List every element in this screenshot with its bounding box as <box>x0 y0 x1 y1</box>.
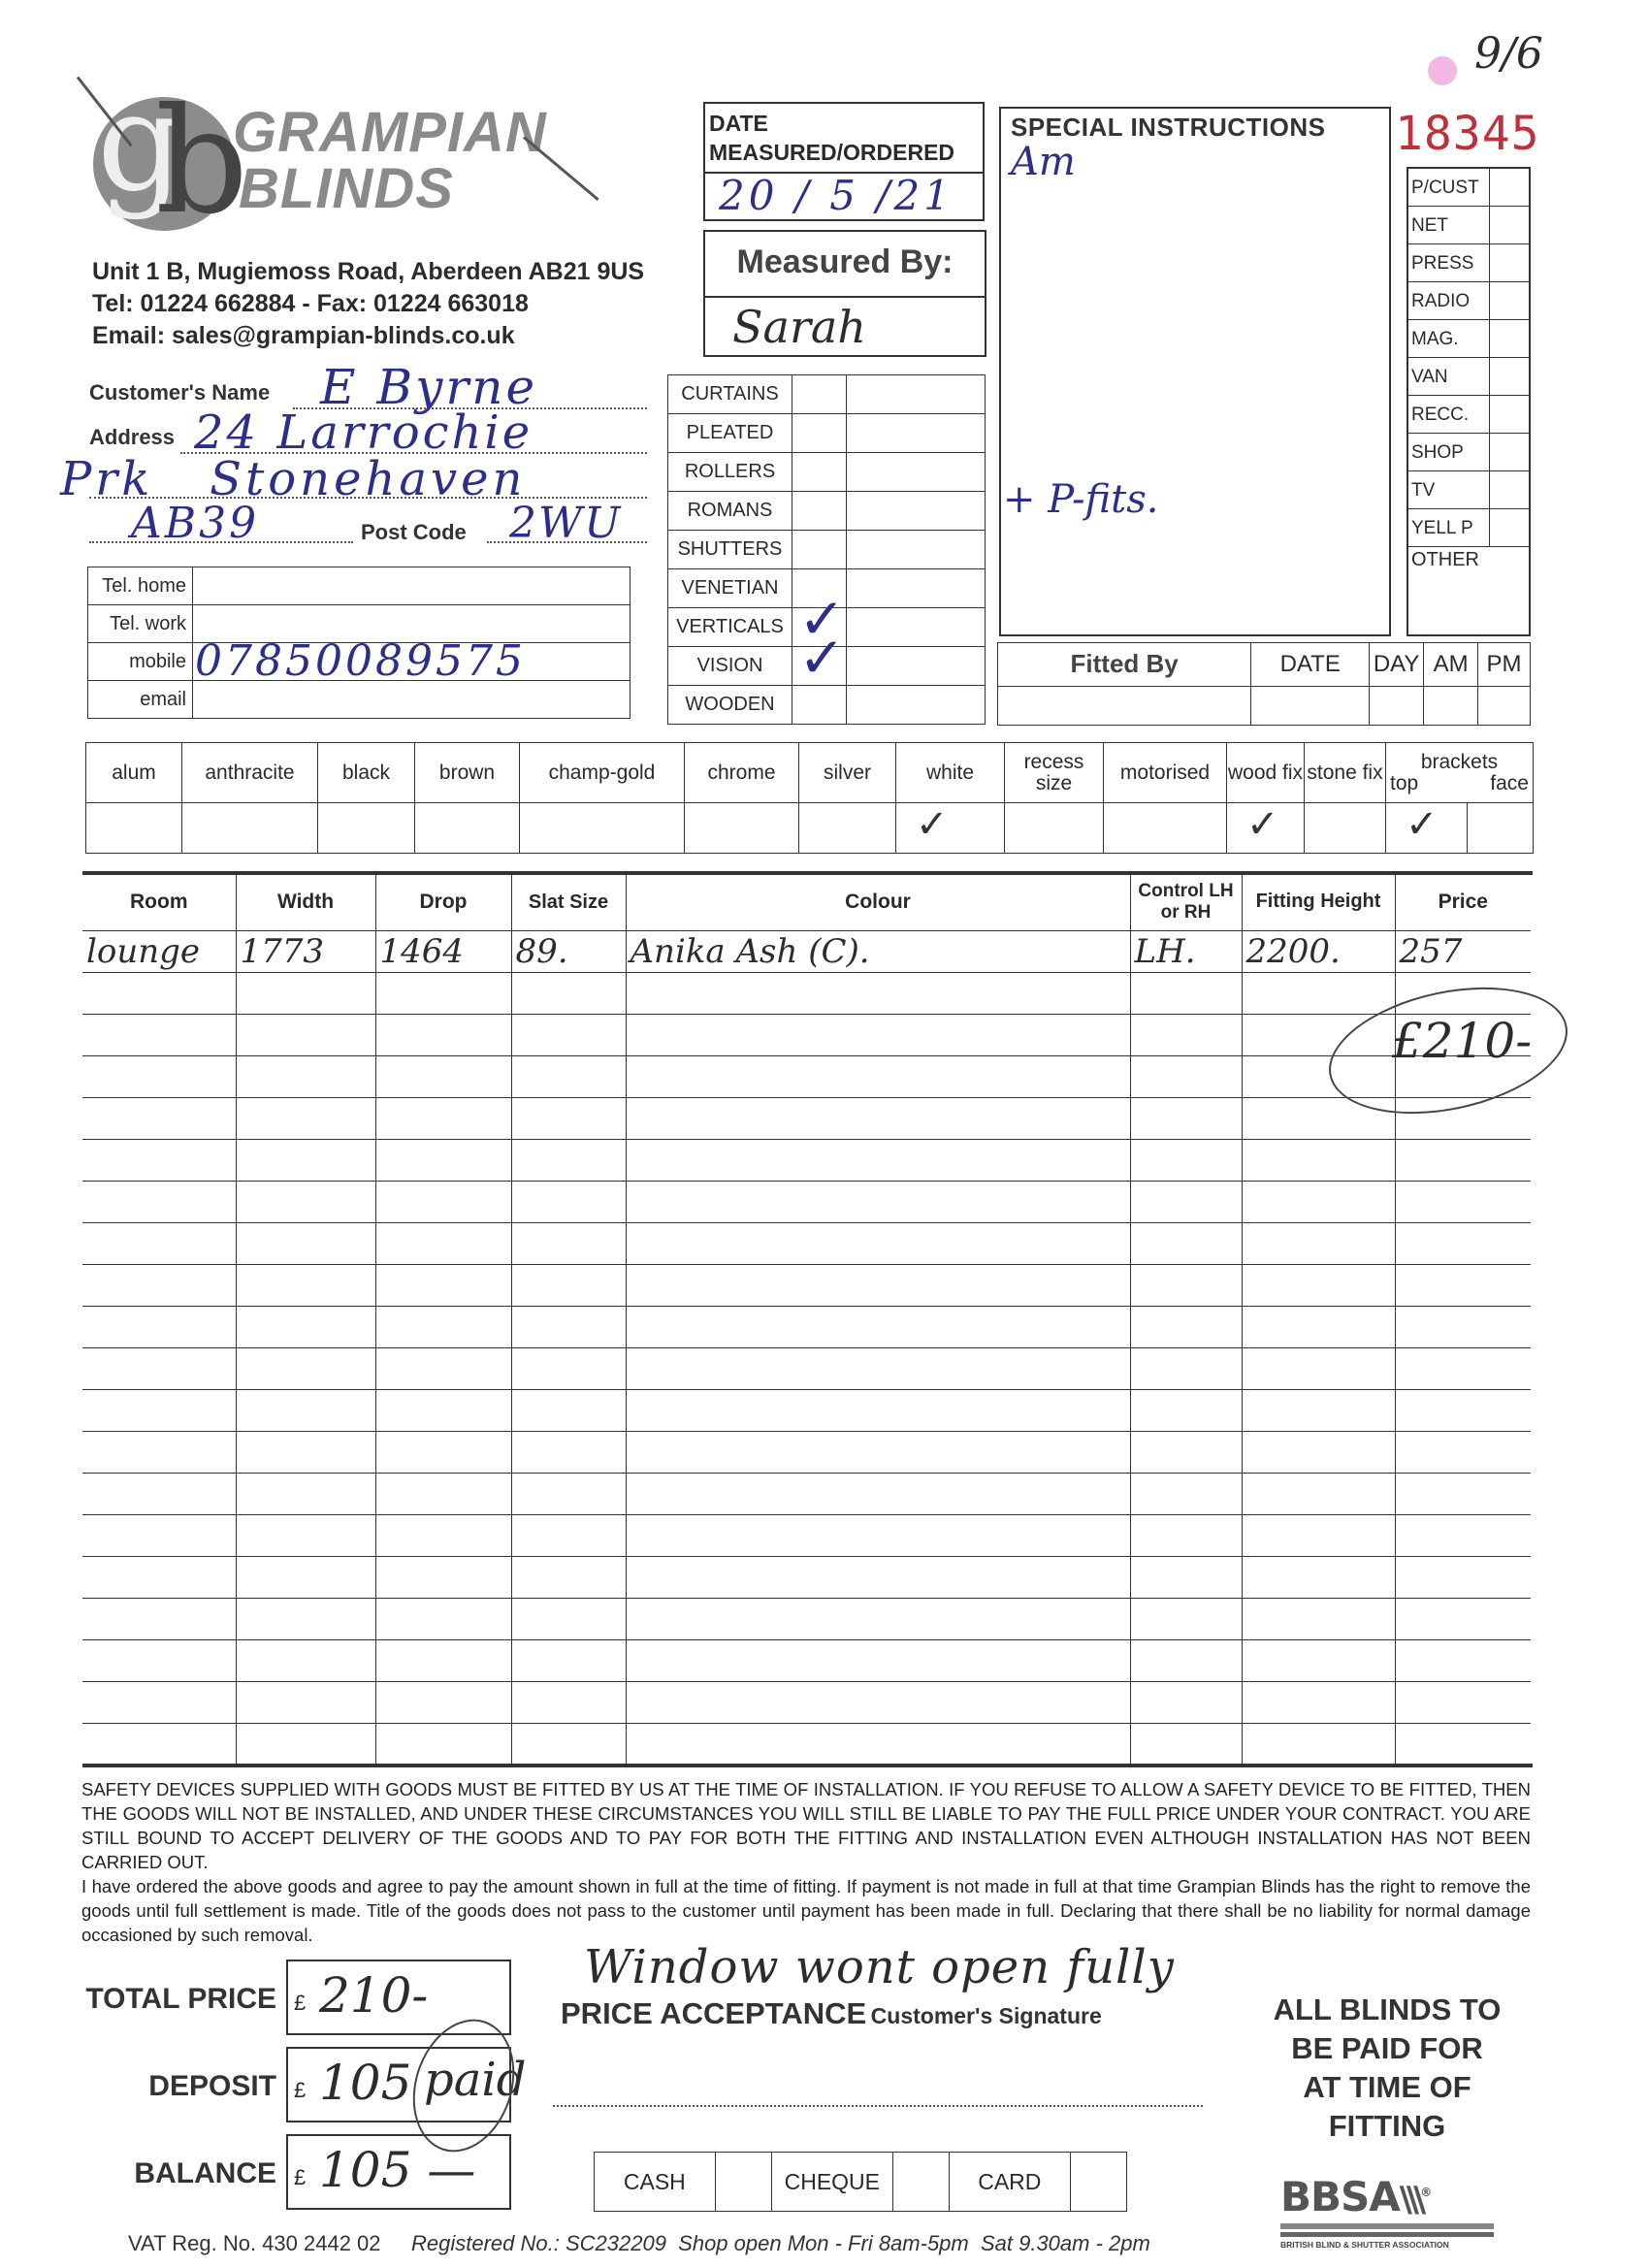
cell-room[interactable] <box>82 1264 236 1306</box>
check-mark-icon: ✓ <box>1406 805 1439 844</box>
cell-width[interactable] <box>236 1723 375 1765</box>
contact-label: email <box>88 681 193 719</box>
cell-control[interactable] <box>1130 1473 1242 1514</box>
source-row: YELL P <box>1408 509 1529 547</box>
cell-colour[interactable] <box>626 1431 1130 1473</box>
cell-room[interactable] <box>82 1222 236 1264</box>
cell-slat-size[interactable] <box>511 1556 626 1598</box>
cell-control[interactable] <box>1130 1598 1242 1639</box>
product-type-notes[interactable] <box>847 608 986 647</box>
cell-room[interactable] <box>82 1389 236 1431</box>
cell-width[interactable] <box>236 972 375 1014</box>
cell-room[interactable] <box>82 1139 236 1181</box>
cell-colour[interactable] <box>626 1598 1130 1639</box>
cell-slat-size[interactable] <box>511 1639 626 1681</box>
cell-control[interactable] <box>1130 1264 1242 1306</box>
source-label: PRESS <box>1408 244 1490 281</box>
cell-slat-size[interactable] <box>511 1097 626 1139</box>
product-type-row: PLEATED <box>668 414 986 453</box>
cell-fitting-height[interactable] <box>1242 1264 1395 1306</box>
customer-handwritten-note: Window wont open fully <box>584 1940 1175 1994</box>
cell-colour[interactable] <box>626 1306 1130 1347</box>
cell-drop[interactable] <box>375 1639 511 1681</box>
contact-table: Tel. homeTel. workmobile07850089575email <box>87 567 630 719</box>
cell-control[interactable] <box>1130 1014 1242 1055</box>
product-type-notes[interactable] <box>847 453 986 492</box>
cell-control[interactable] <box>1130 972 1242 1014</box>
cell-fitting-height[interactable]: 2200. <box>1242 930 1395 972</box>
cell-drop[interactable] <box>375 1097 511 1139</box>
cell-colour[interactable] <box>626 972 1130 1014</box>
cell-room[interactable] <box>82 1306 236 1347</box>
cell-drop[interactable] <box>375 972 511 1014</box>
product-type-notes[interactable] <box>847 531 986 569</box>
cell-fitting-height[interactable] <box>1242 1473 1395 1514</box>
cell-width[interactable] <box>236 1055 375 1097</box>
cell-slat-size[interactable]: 89. <box>511 930 626 972</box>
option-label: recess size <box>1005 743 1104 803</box>
cell-fitting-height[interactable] <box>1242 1681 1395 1723</box>
cell-fitting-height[interactable] <box>1242 1139 1395 1181</box>
source-label: RECC. <box>1408 396 1490 433</box>
cell-room[interactable] <box>82 1556 236 1598</box>
cell-fitting-height[interactable] <box>1242 1181 1395 1222</box>
cell-slat-size[interactable] <box>511 1598 626 1639</box>
product-type-checkbox[interactable] <box>792 375 847 414</box>
product-type-checkbox[interactable] <box>792 531 847 569</box>
balance-label: BALANCE <box>68 2157 276 2190</box>
options-header-row: alumanthraciteblackbrownchamp-goldchrome… <box>86 743 1534 803</box>
product-type-label: WOODEN <box>668 686 792 725</box>
cell-room[interactable] <box>82 1723 236 1765</box>
payment-method-cash-checkbox[interactable] <box>715 2153 771 2212</box>
payment-method-cash-label: CASH <box>595 2153 716 2212</box>
cell-price[interactable] <box>1395 1598 1531 1639</box>
cell-room[interactable] <box>82 1639 236 1681</box>
cell-price[interactable] <box>1395 1139 1531 1181</box>
cell-drop[interactable] <box>375 1431 511 1473</box>
source-label: NET <box>1408 207 1490 243</box>
table-row <box>82 1347 1531 1389</box>
cell-room[interactable] <box>82 1014 236 1055</box>
cell-width[interactable] <box>236 1556 375 1598</box>
payment-method-card-checkbox[interactable] <box>1070 2153 1126 2212</box>
cell-drop[interactable] <box>375 1556 511 1598</box>
cell-width[interactable] <box>236 1097 375 1139</box>
cell-colour[interactable] <box>626 1181 1130 1222</box>
cell-slat-size[interactable] <box>511 1723 626 1765</box>
payment-notice-line1: ALL BLINDS TO <box>1242 1991 1533 2029</box>
cell-control[interactable] <box>1130 1681 1242 1723</box>
option-label: motorised <box>1104 743 1227 803</box>
cell-drop[interactable] <box>375 1347 511 1389</box>
option-label: chrome <box>685 743 799 803</box>
bbsa-stripes-icon: \\\ <box>1400 2180 1420 2219</box>
circled-total: £210- <box>1392 1013 1532 1069</box>
source-checkbox[interactable] <box>1490 509 1529 546</box>
cell-control[interactable] <box>1130 1347 1242 1389</box>
payment-method-cheque-label: CHEQUE <box>771 2153 892 2212</box>
cell-colour[interactable] <box>626 1222 1130 1264</box>
balance-value: 105 — <box>319 2142 475 2198</box>
cell-fitting-height[interactable] <box>1242 1723 1395 1765</box>
company-address: Unit 1 B, Mugiemoss Road, Aberdeen AB21 … <box>92 258 644 286</box>
source-other-label: OTHER <box>1408 547 1529 571</box>
cell-control[interactable] <box>1130 1556 1242 1598</box>
fitted-day-input[interactable] <box>1370 686 1424 725</box>
product-type-notes[interactable] <box>847 686 986 725</box>
product-type-notes[interactable] <box>847 414 986 453</box>
source-checkbox[interactable] <box>1490 396 1529 433</box>
fitted-by-input[interactable] <box>998 686 1251 725</box>
cell-room[interactable] <box>82 1473 236 1514</box>
cell-price[interactable] <box>1395 1222 1531 1264</box>
bbsa-letters: BBSA <box>1280 2173 1400 2220</box>
cell-room[interactable] <box>82 1055 236 1097</box>
cell-room[interactable] <box>82 1097 236 1139</box>
fitted-pm-input[interactable] <box>1478 686 1531 725</box>
date-measured-box: DATE MEASURED/ORDERED 20 / 5 /21 <box>703 102 985 221</box>
cell-slat-size[interactable] <box>511 1347 626 1389</box>
cell-colour[interactable] <box>626 1264 1130 1306</box>
measured-by-value[interactable]: Sarah <box>732 300 866 354</box>
contact-value[interactable] <box>193 567 630 605</box>
cell-slat-size[interactable] <box>511 1181 626 1222</box>
contact-label: mobile <box>88 643 193 681</box>
cell-width[interactable] <box>236 1306 375 1347</box>
source-label: VAN <box>1408 358 1490 395</box>
cell-drop[interactable] <box>375 1055 511 1097</box>
option-checkbox[interactable] <box>799 803 896 854</box>
measured-by-divider <box>705 296 985 298</box>
total-price-value: 210- <box>319 1967 428 2024</box>
table-row <box>82 1139 1531 1181</box>
cell-room[interactable] <box>82 1598 236 1639</box>
brand-name-line2: BLINDS <box>239 161 454 217</box>
cell-width[interactable] <box>236 1473 375 1514</box>
cell-room[interactable] <box>82 1514 236 1556</box>
cell-fitting-height[interactable] <box>1242 1514 1395 1556</box>
cell-width[interactable] <box>236 1514 375 1556</box>
header-drop: Drop <box>375 874 511 930</box>
cell-price[interactable] <box>1395 1389 1531 1431</box>
cell-room[interactable] <box>82 972 236 1014</box>
cell-width[interactable] <box>236 1431 375 1473</box>
header-slat-size: Slat Size <box>511 874 626 930</box>
cell-fitting-height[interactable] <box>1242 1389 1395 1431</box>
contact-label: Tel. home <box>88 567 193 605</box>
bbsa-bar-1 <box>1280 2223 1494 2229</box>
product-type-checkbox[interactable] <box>792 453 847 492</box>
table-row <box>82 1181 1531 1222</box>
source-row: NET <box>1408 207 1529 244</box>
option-label: alum <box>86 743 182 803</box>
option-checkbox[interactable] <box>520 803 685 854</box>
cell-drop[interactable]: 1464 <box>375 930 511 972</box>
cell-colour[interactable] <box>626 1055 1130 1097</box>
cell-fitting-height[interactable] <box>1242 1347 1395 1389</box>
company-email: Email: sales@grampian-blinds.co.uk <box>92 322 515 350</box>
brand-name-line1: GRAMPIAN <box>233 105 547 161</box>
source-checkbox[interactable] <box>1490 207 1529 243</box>
source-checkbox[interactable] <box>1490 169 1529 206</box>
cell-control[interactable] <box>1130 1723 1242 1765</box>
cell-price[interactable] <box>1395 1639 1531 1681</box>
cell-price[interactable] <box>1395 1681 1531 1723</box>
cell-room[interactable] <box>82 1431 236 1473</box>
product-type-checkbox[interactable] <box>792 414 847 453</box>
cell-width[interactable] <box>236 1264 375 1306</box>
cell-fitting-height[interactable] <box>1242 972 1395 1014</box>
cell-drop[interactable] <box>375 1222 511 1264</box>
fitted-by-label: Fitted By <box>998 643 1251 687</box>
pink-dot-marker <box>1428 56 1457 85</box>
product-type-checkbox[interactable]: ✓ <box>792 647 847 686</box>
cell-fitting-height[interactable] <box>1242 1639 1395 1681</box>
cell-colour[interactable] <box>626 1014 1130 1055</box>
cell-slat-size[interactable] <box>511 1222 626 1264</box>
brackets-sub-labels: topface <box>1386 773 1533 794</box>
cell-fitting-height[interactable] <box>1242 1431 1395 1473</box>
product-type-table: CURTAINSPLEATEDROLLERSROMANSSHUTTERSVENE… <box>667 374 986 725</box>
cell-control[interactable] <box>1130 1639 1242 1681</box>
cell-control[interactable] <box>1130 1055 1242 1097</box>
source-row: RECC. <box>1408 396 1529 434</box>
option-label: brown <box>415 743 520 803</box>
cell-drop[interactable] <box>375 1181 511 1222</box>
cell-control[interactable] <box>1130 1181 1242 1222</box>
cell-width[interactable] <box>236 1014 375 1055</box>
product-type-row: ROLLERS <box>668 453 986 492</box>
options-value-row: ✓✓✓ <box>86 803 1534 854</box>
cell-slat-size[interactable] <box>511 1055 626 1097</box>
cell-fitting-height[interactable] <box>1242 1306 1395 1347</box>
cell-slat-size[interactable] <box>511 1014 626 1055</box>
table-row <box>82 1389 1531 1431</box>
cell-control[interactable] <box>1130 1306 1242 1347</box>
product-type-checkbox[interactable] <box>792 492 847 531</box>
table-row: lounge1773146489.Anika Ash (C).LH.2200.2… <box>82 930 1531 972</box>
check-mark-icon: ✓ <box>916 805 949 844</box>
cell-room[interactable]: lounge <box>82 930 236 972</box>
cell-colour[interactable] <box>626 1097 1130 1139</box>
deposit-label: DEPOSIT <box>68 2070 276 2103</box>
product-type-notes[interactable] <box>847 647 986 686</box>
cell-room[interactable] <box>82 1181 236 1222</box>
balance-box[interactable]: £ 105 — <box>286 2134 511 2210</box>
source-label: TV <box>1408 471 1490 508</box>
product-type-label: CURTAINS <box>668 375 792 414</box>
cell-width[interactable] <box>236 1681 375 1723</box>
cell-control[interactable] <box>1130 1389 1242 1431</box>
option-checkbox[interactable] <box>1468 803 1534 854</box>
special-instructions-line1[interactable]: Am <box>1011 140 1076 184</box>
table-row <box>82 1431 1531 1473</box>
payment-method-cheque-checkbox[interactable] <box>892 2153 949 2212</box>
cell-colour[interactable] <box>626 1514 1130 1556</box>
product-type-label: PLEATED <box>668 414 792 453</box>
cell-price[interactable] <box>1395 1723 1531 1765</box>
cell-slat-size[interactable] <box>511 1139 626 1181</box>
cell-drop[interactable] <box>375 1473 511 1514</box>
cell-slat-size[interactable] <box>511 1389 626 1431</box>
option-checkbox[interactable] <box>1305 803 1386 854</box>
option-checkbox[interactable] <box>1104 803 1227 854</box>
cell-price[interactable] <box>1395 1306 1531 1347</box>
cell-drop[interactable] <box>375 1306 511 1347</box>
address-value-line3[interactable]: AB39 <box>131 499 259 548</box>
option-checkbox[interactable] <box>1005 803 1104 854</box>
option-checkbox[interactable]: ✓ <box>896 803 1005 854</box>
source-checkbox[interactable] <box>1490 282 1529 319</box>
contact-value[interactable]: 07850089575 <box>193 643 630 681</box>
cell-drop[interactable] <box>375 1514 511 1556</box>
brackets-header: bracketstopface <box>1386 743 1534 803</box>
option-label: white <box>896 743 1005 803</box>
cell-colour[interactable] <box>626 1473 1130 1514</box>
option-checkbox[interactable] <box>685 803 799 854</box>
cell-colour[interactable] <box>626 1556 1130 1598</box>
product-type-label: VENETIAN <box>668 569 792 608</box>
source-checkbox[interactable] <box>1490 244 1529 281</box>
cell-colour[interactable] <box>626 1347 1130 1389</box>
source-checkbox[interactable] <box>1490 320 1529 357</box>
cell-drop[interactable] <box>375 1723 511 1765</box>
cell-drop[interactable] <box>375 1389 511 1431</box>
cell-price[interactable] <box>1395 1556 1531 1598</box>
source-checkbox[interactable] <box>1490 471 1529 508</box>
cell-room[interactable] <box>82 1681 236 1723</box>
cell-price[interactable]: 257 <box>1395 930 1531 972</box>
table-row <box>82 1639 1531 1681</box>
cell-room[interactable] <box>82 1347 236 1389</box>
bbsa-registered-mark: ® <box>1420 2186 1431 2199</box>
cell-drop[interactable] <box>375 1264 511 1306</box>
source-checkbox[interactable] <box>1490 434 1529 470</box>
signature-line[interactable] <box>553 2105 1203 2107</box>
cell-drop[interactable] <box>375 1139 511 1181</box>
option-checkbox[interactable]: ✓ <box>1386 803 1468 854</box>
special-instructions-box: SPECIAL INSTRUCTIONS Am + P-fits. <box>999 107 1391 636</box>
table-row <box>82 1014 1531 1055</box>
price-acceptance: PRICE ACCEPTANCE Customer's Signature <box>561 1996 1102 2031</box>
table-row <box>82 1514 1531 1556</box>
fitted-date-input[interactable] <box>1251 686 1370 725</box>
cell-price[interactable] <box>1395 1347 1531 1389</box>
option-checkbox[interactable] <box>86 803 182 854</box>
order-table-bottom-rule <box>82 1764 1533 1767</box>
product-type-row: WOODEN <box>668 686 986 725</box>
cell-price[interactable] <box>1395 1264 1531 1306</box>
product-type-row: ROMANS <box>668 492 986 531</box>
source-label: P/CUST <box>1408 169 1490 206</box>
cell-control[interactable] <box>1130 1431 1242 1473</box>
cell-control[interactable]: LH. <box>1130 930 1242 972</box>
product-type-label: ROMANS <box>668 492 792 531</box>
table-row <box>82 1306 1531 1347</box>
cell-width[interactable] <box>236 1598 375 1639</box>
cell-drop[interactable] <box>375 1681 511 1723</box>
balance-currency: £ <box>294 2165 306 2190</box>
cell-price[interactable] <box>1395 1431 1531 1473</box>
order-table: Room Width Drop Slat Size Colour Control… <box>82 874 1531 1765</box>
header-width: Width <box>236 874 375 930</box>
cell-colour[interactable] <box>626 1723 1130 1765</box>
cell-price[interactable] <box>1395 1514 1531 1556</box>
product-type-notes[interactable] <box>847 569 986 608</box>
order-number: 18345 <box>1395 107 1540 161</box>
cell-width[interactable] <box>236 1347 375 1389</box>
header-control: Control LH or RH <box>1130 874 1242 930</box>
option-label: anthracite <box>182 743 318 803</box>
cell-width[interactable] <box>236 1389 375 1431</box>
cell-control[interactable] <box>1130 1139 1242 1181</box>
cell-drop[interactable] <box>375 1014 511 1055</box>
cell-fitting-height[interactable] <box>1242 1222 1395 1264</box>
cell-price[interactable] <box>1395 1181 1531 1222</box>
special-instructions-line2[interactable]: + P-fits. <box>1003 477 1158 522</box>
date-label-line2: MEASURED/ORDERED <box>709 139 954 166</box>
cell-width[interactable] <box>236 1139 375 1181</box>
contact-value[interactable] <box>193 681 630 719</box>
option-checkbox[interactable] <box>415 803 520 854</box>
cell-slat-size[interactable] <box>511 1306 626 1347</box>
table-row <box>82 1556 1531 1598</box>
cell-control[interactable] <box>1130 1514 1242 1556</box>
cell-colour[interactable] <box>626 1389 1130 1431</box>
option-checkbox[interactable]: ✓ <box>1227 803 1305 854</box>
cell-drop[interactable] <box>375 1598 511 1639</box>
brackets-label: brackets <box>1386 752 1533 773</box>
cell-colour[interactable]: Anika Ash (C). <box>626 930 1130 972</box>
cell-fitting-height[interactable] <box>1242 1598 1395 1639</box>
payment-agreement: I have ordered the above goods and agree… <box>81 1874 1531 1947</box>
cell-price[interactable] <box>1395 1473 1531 1514</box>
cell-width[interactable] <box>236 1181 375 1222</box>
cell-slat-size[interactable] <box>511 1264 626 1306</box>
product-type-checkbox[interactable] <box>792 686 847 725</box>
option-checkbox[interactable] <box>182 803 318 854</box>
postcode-value[interactable]: 2WU <box>509 499 622 548</box>
options-table: alumanthraciteblackbrownchamp-goldchrome… <box>85 742 1534 854</box>
cell-width[interactable] <box>236 1222 375 1264</box>
cell-width[interactable]: 1773 <box>236 930 375 972</box>
date-value[interactable]: 20 / 5 /21 <box>719 172 954 220</box>
option-checkbox[interactable] <box>318 803 415 854</box>
cell-slat-size[interactable] <box>511 1431 626 1473</box>
table-row <box>82 1097 1531 1139</box>
bbsa-caption: BRITISH BLIND & SHUTTER ASSOCIATION <box>1280 2240 1505 2250</box>
product-type-notes[interactable] <box>847 492 986 531</box>
cell-control[interactable] <box>1130 1222 1242 1264</box>
cell-colour[interactable] <box>626 1681 1130 1723</box>
cell-slat-size[interactable] <box>511 1514 626 1556</box>
cell-slat-size[interactable] <box>511 1473 626 1514</box>
fitted-am-input[interactable] <box>1424 686 1478 725</box>
cell-colour[interactable] <box>626 1639 1130 1681</box>
product-type-row: CURTAINS <box>668 375 986 414</box>
source-row: RADIO <box>1408 282 1529 320</box>
cell-slat-size[interactable] <box>511 1681 626 1723</box>
special-instructions-title: SPECIAL INSTRUCTIONS <box>1011 113 1325 143</box>
cell-width[interactable] <box>236 1639 375 1681</box>
cell-slat-size[interactable] <box>511 972 626 1014</box>
cell-colour[interactable] <box>626 1139 1130 1181</box>
cell-control[interactable] <box>1130 1097 1242 1139</box>
product-type-notes[interactable] <box>847 375 986 414</box>
cell-fitting-height[interactable] <box>1242 1556 1395 1598</box>
source-checkbox[interactable] <box>1490 358 1529 395</box>
